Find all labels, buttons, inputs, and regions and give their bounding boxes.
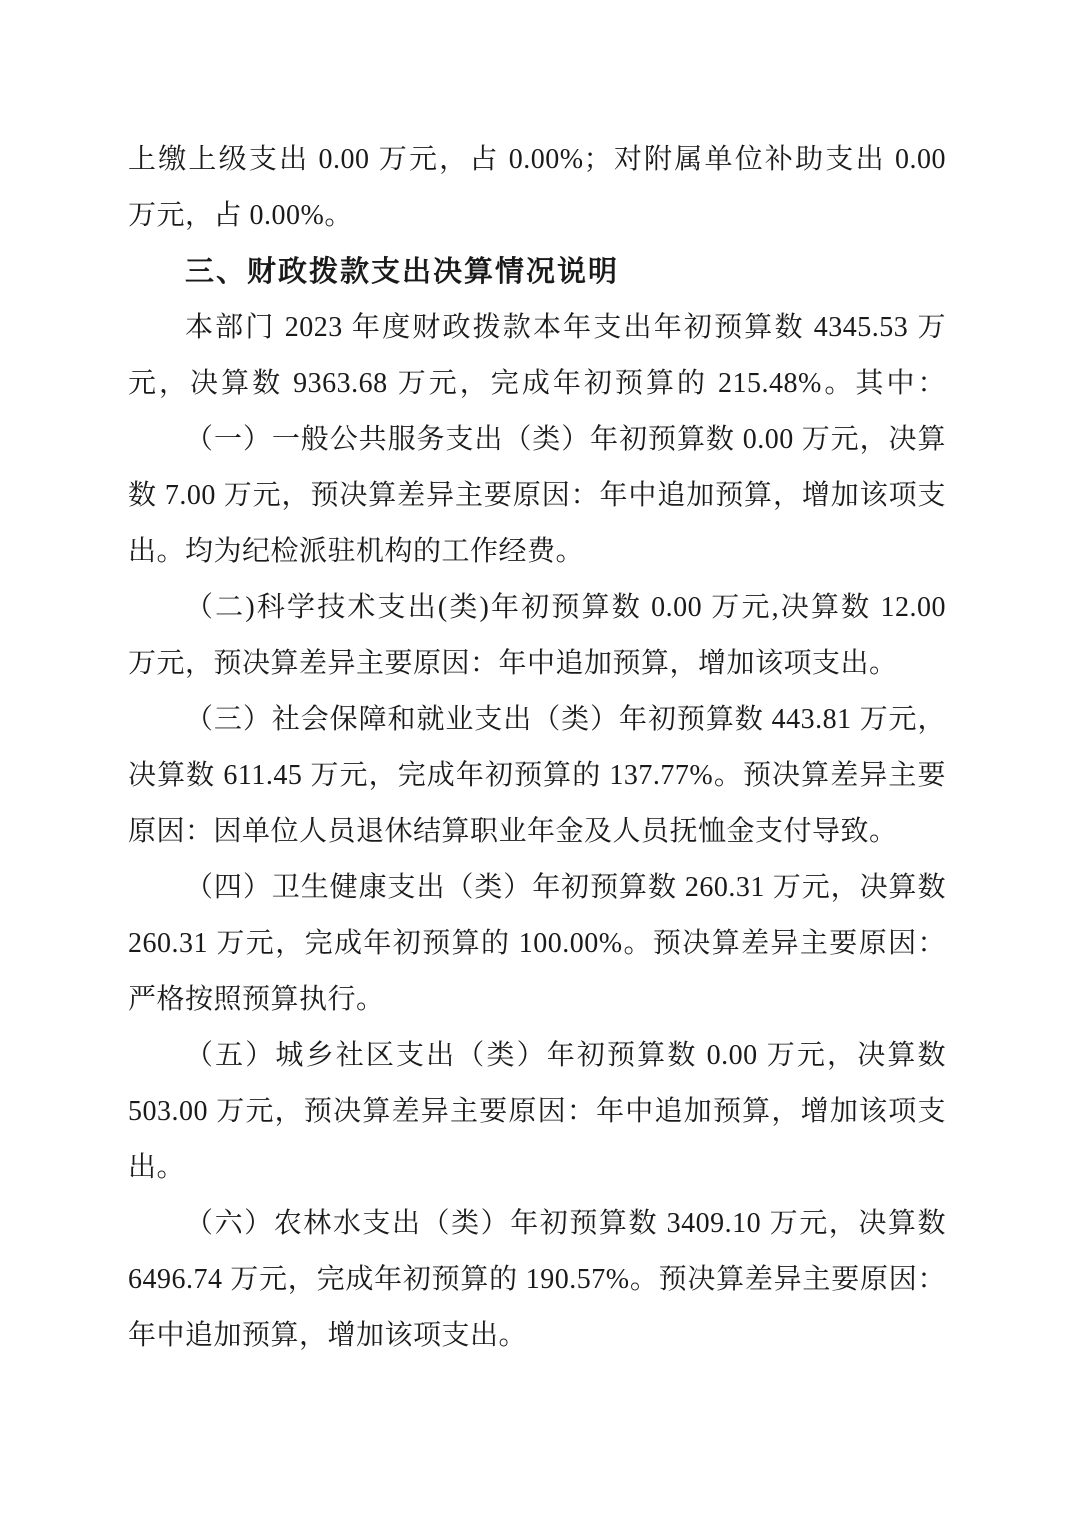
document-page: 上缴上级支出 0.00 万元，占 0.00%；对附属单位补助支出 0.00 万元… (0, 0, 1074, 1520)
text-line: 出。 (128, 1140, 946, 1196)
section-heading: 三、财政拨款支出决算情况说明 (128, 244, 946, 300)
text-line: （三）社会保障和就业支出（类）年初预算数 443.81 万元， (128, 692, 946, 748)
text-line: 出。均为纪检派驻机构的工作经费。 (128, 524, 946, 580)
text-line: 503.00 万元，预决算差异主要原因：年中追加预算，增加该项支 (128, 1084, 946, 1140)
text-line: 本部门 2023 年度财政拨款本年支出年初预算数 4345.53 万 (128, 300, 946, 356)
text-line: （一）一般公共服务支出（类）年初预算数 0.00 万元，决算 (128, 412, 946, 468)
text-line: （六）农林水支出（类）年初预算数 3409.10 万元，决算数 (128, 1196, 946, 1252)
text-line: 万元，占 0.00%。 (128, 188, 946, 244)
text-line: 万元，预决算差异主要原因：年中追加预算，增加该项支出。 (128, 636, 946, 692)
text-line: （四）卫生健康支出（类）年初预算数 260.31 万元，决算数 (128, 860, 946, 916)
text-line: 6496.74 万元，完成年初预算的 190.57%。预决算差异主要原因： (128, 1252, 946, 1308)
text-line: 上缴上级支出 0.00 万元，占 0.00%；对附属单位补助支出 0.00 (128, 132, 946, 188)
text-line: （二)科学技术支出(类)年初预算数 0.00 万元,决算数 12.00 (128, 580, 946, 636)
text-line: 决算数 611.45 万元，完成年初预算的 137.77%。预决算差异主要 (128, 748, 946, 804)
text-line: （五）城乡社区支出（类）年初预算数 0.00 万元，决算数 (128, 1028, 946, 1084)
text-content: 上缴上级支出 0.00 万元，占 0.00%；对附属单位补助支出 0.00 万元… (128, 132, 946, 1364)
text-line: 严格按照预算执行。 (128, 972, 946, 1028)
text-line: 原因：因单位人员退休结算职业年金及人员抚恤金支付导致。 (128, 804, 946, 860)
text-line: 数 7.00 万元，预决算差异主要原因：年中追加预算，增加该项支 (128, 468, 946, 524)
text-line: 元，决算数 9363.68 万元，完成年初预算的 215.48%。其中： (128, 356, 946, 412)
text-line: 年中追加预算，增加该项支出。 (128, 1308, 946, 1364)
text-line: 260.31 万元，完成年初预算的 100.00%。预决算差异主要原因： (128, 916, 946, 972)
